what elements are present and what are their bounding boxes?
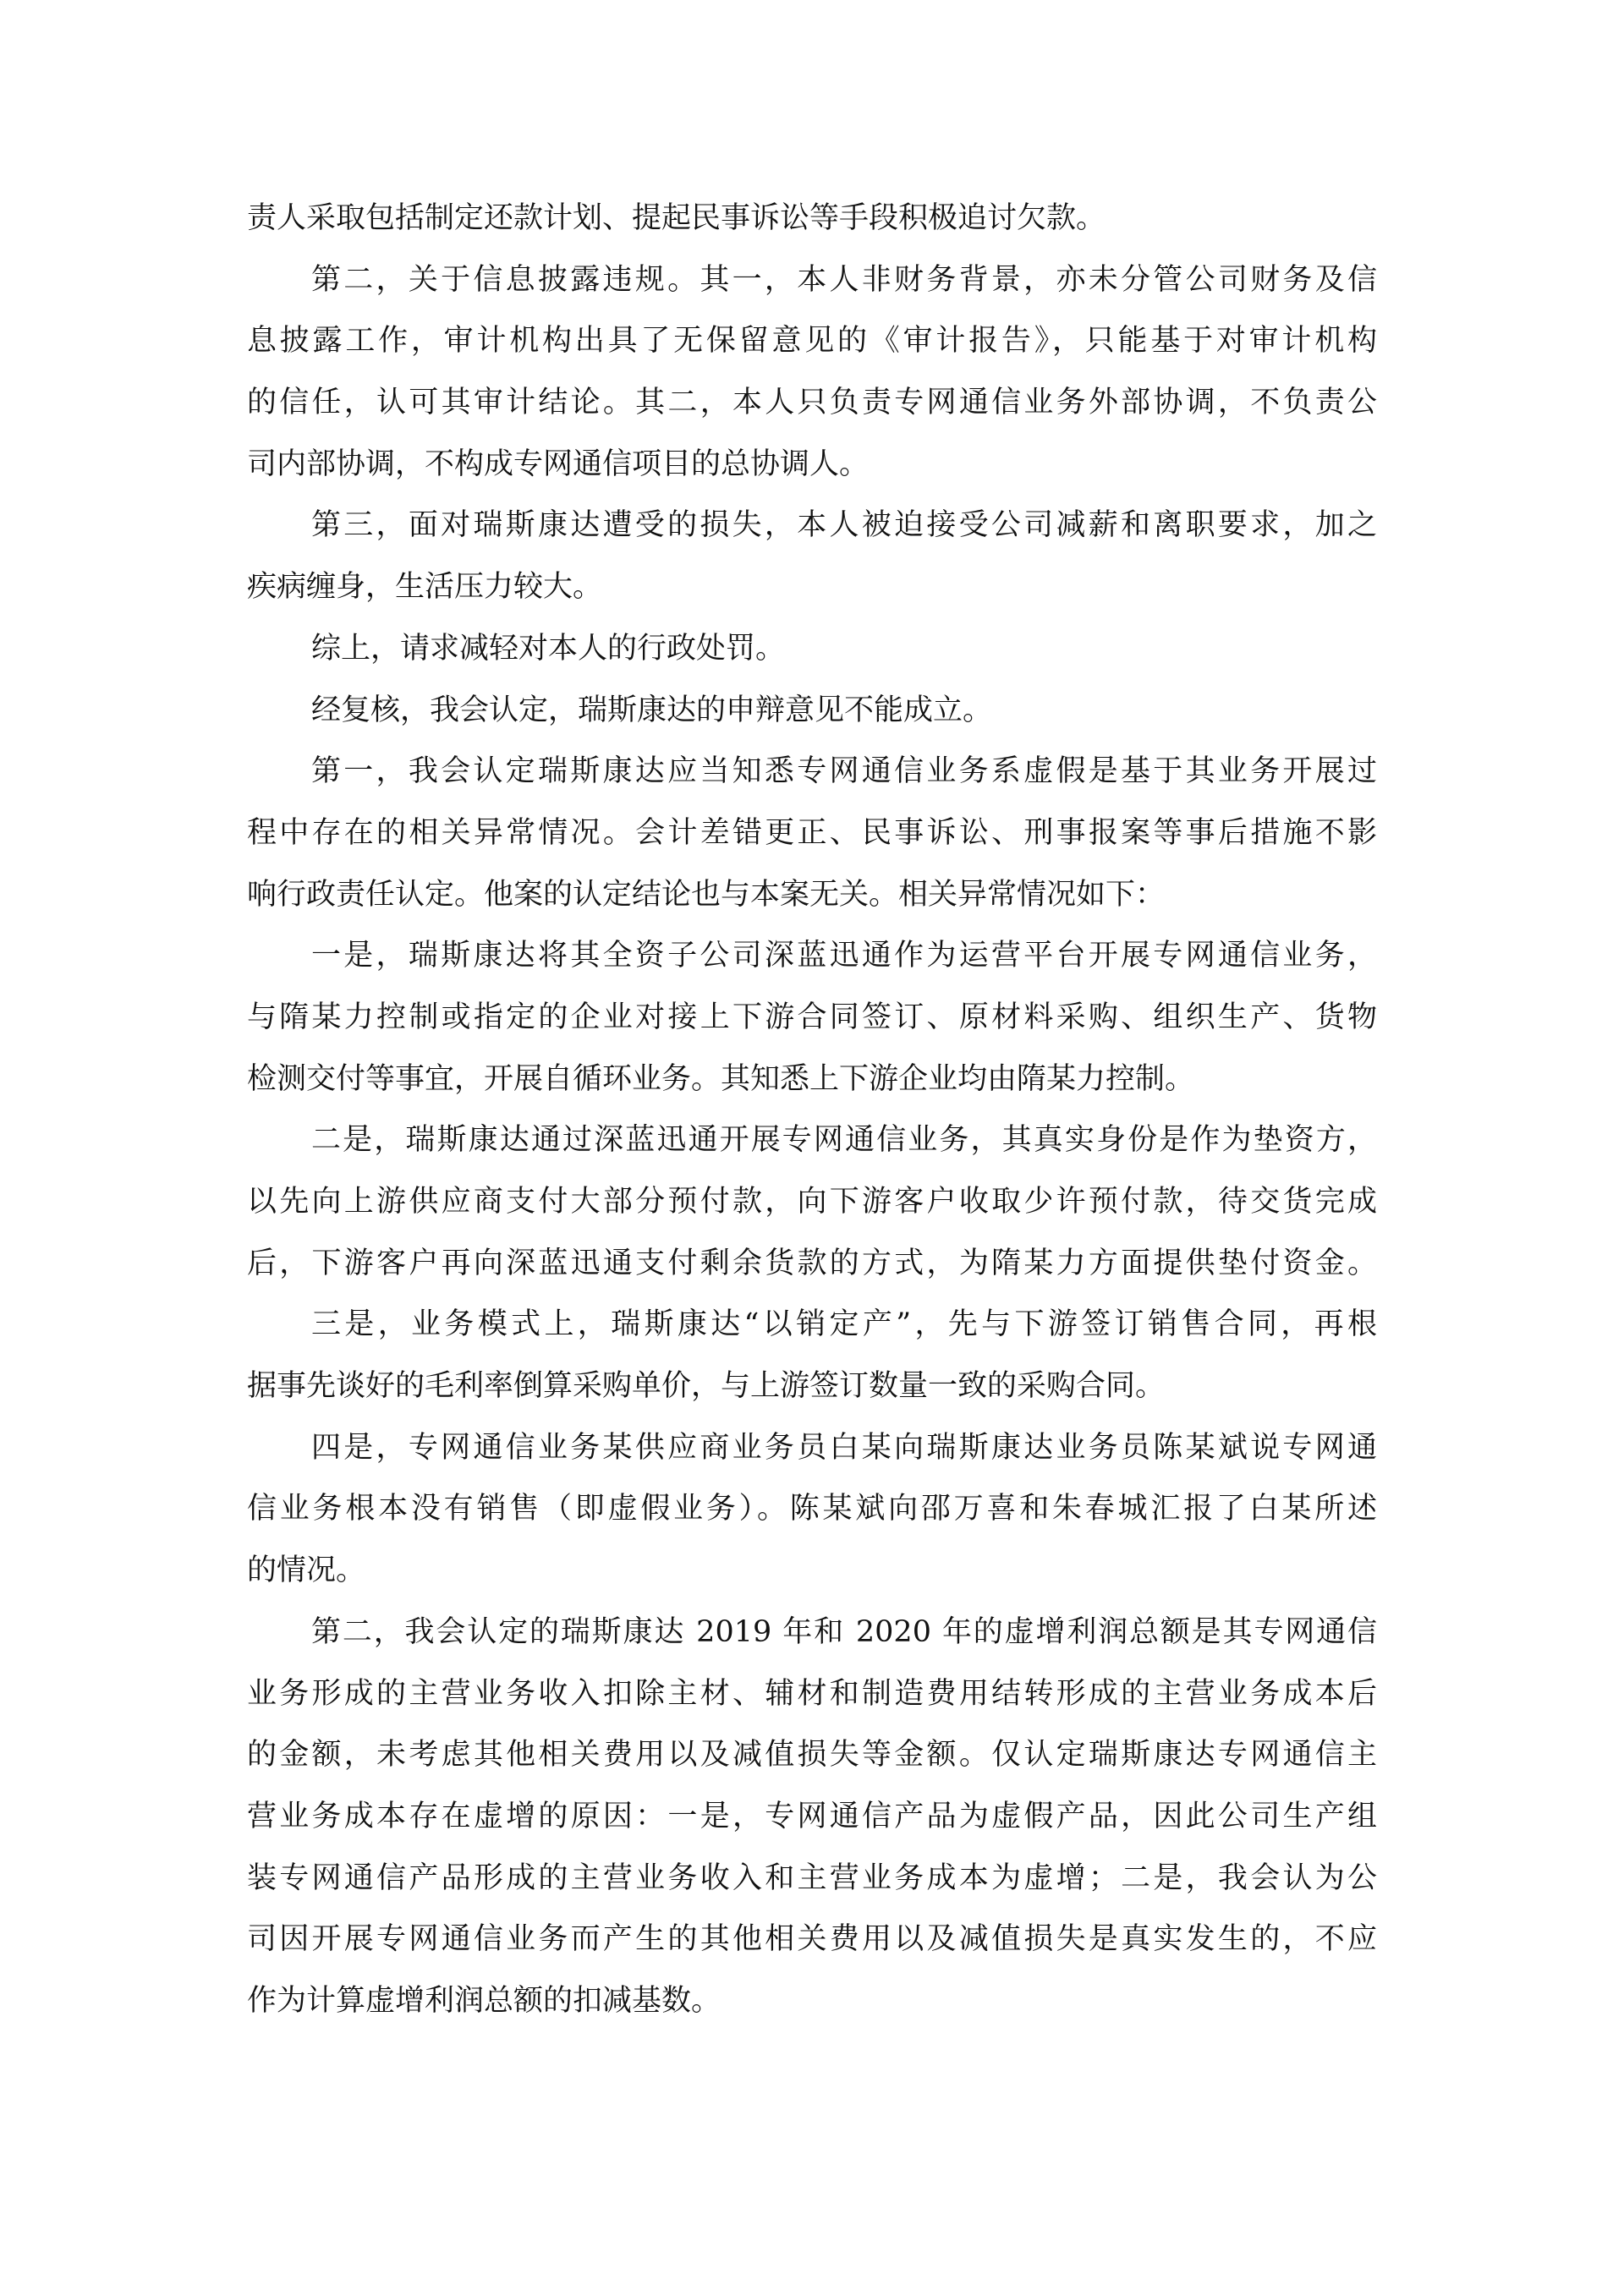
text-line: 装专网通信产品形成的主营业务收入和主营业务成本为虚增；二是，我会认为公 xyxy=(247,1848,1377,1910)
text-line: 责人采取包括制定还款计划、提起民事诉讼等手段积极追讨欠款。 xyxy=(247,188,1377,249)
text-line: 经复核，我会认定，瑞斯康达的申辩意见不能成立。 xyxy=(247,680,1377,742)
text-line: 作为计算虚增利润总额的扣减基数。 xyxy=(247,1970,1377,2032)
text-line: 疾病缠身，生活压力较大。 xyxy=(247,556,1377,618)
text-line: 司内部协调，不构成专网通信项目的总协调人。 xyxy=(247,434,1377,496)
text-line: 后，下游客户再向深蓝迅通支付剩余货款的方式，为隋某力方面提供垫付资金。 xyxy=(247,1233,1377,1295)
paragraph: 三是，业务模式上，瑞斯康达“以销定产”，先与下游签订销售合同，再根 据事先谈好的… xyxy=(247,1294,1377,1417)
text-line: 第二，我会认定的瑞斯康达 2019 年和 2020 年的虚增利润总额是其专网通信 xyxy=(247,1602,1377,1663)
paragraph: 综上，请求减轻对本人的行政处罚。 xyxy=(247,618,1377,680)
text-line: 的金额，未考虑其他相关费用以及减值损失等金额。仅认定瑞斯康达专网通信主 xyxy=(247,1724,1377,1786)
document-page: 责人采取包括制定还款计划、提起民事诉讼等手段积极追讨欠款。 第二，关于信息披露违… xyxy=(0,0,1624,2296)
text-line: 综上，请求减轻对本人的行政处罚。 xyxy=(247,618,1377,680)
text-line: 二是，瑞斯康达通过深蓝迅通开展专网通信业务，其真实身份是作为垫资方， xyxy=(247,1110,1377,1171)
text-line: 程中存在的相关异常情况。会计差错更正、民事诉讼、刑事报案等事后措施不影 xyxy=(247,803,1377,864)
paragraph: 第三，面对瑞斯康达遭受的损失，本人被迫接受公司减薪和离职要求，加之 疾病缠身，生… xyxy=(247,495,1377,617)
text-line: 业务形成的主营业务收入扣除主材、辅材和制造费用结转形成的主营业务成本后 xyxy=(247,1663,1377,1725)
paragraph: 第一，我会认定瑞斯康达应当知悉专网通信业务系虚假是基于其业务开展过 程中存在的相… xyxy=(247,741,1377,925)
text-line: 的信任，认可其审计结论。其二，本人只负责专网通信业务外部协调，不负责公 xyxy=(247,372,1377,434)
paragraph: 四是，专网通信业务某供应商业务员白某向瑞斯康达业务员陈某斌说专网通 信业务根本没… xyxy=(247,1417,1377,1602)
text-line: 四是，专网通信业务某供应商业务员白某向瑞斯康达业务员陈某斌说专网通 xyxy=(247,1417,1377,1479)
text-line: 的情况。 xyxy=(247,1540,1377,1602)
text-line: 以先向上游供应商支付大部分预付款，向下游客户收取少许预付款，待交货完成 xyxy=(247,1171,1377,1233)
text-line: 信业务根本没有销售（即虚假业务）。陈某斌向邵万喜和朱春城汇报了白某所述 xyxy=(247,1478,1377,1540)
paragraph: 第二，关于信息披露违规。其一，本人非财务背景，亦未分管公司财务及信 息披露工作，… xyxy=(247,249,1377,496)
text-line: 第一，我会认定瑞斯康达应当知悉专网通信业务系虚假是基于其业务开展过 xyxy=(247,741,1377,803)
text-line: 第二，关于信息披露违规。其一，本人非财务背景，亦未分管公司财务及信 xyxy=(247,249,1377,311)
paragraph: 经复核，我会认定，瑞斯康达的申辩意见不能成立。 xyxy=(247,680,1377,742)
document-body: 责人采取包括制定还款计划、提起民事诉讼等手段积极追讨欠款。 第二，关于信息披露违… xyxy=(247,188,1377,2032)
text-line: 与隋某力控制或指定的企业对接上下游合同签订、原材料采购、组织生产、货物 xyxy=(247,987,1377,1049)
text-line: 营业务成本存在虚增的原因：一是，专网通信产品为虚假产品，因此公司生产组 xyxy=(247,1786,1377,1848)
paragraph: 二是，瑞斯康达通过深蓝迅通开展专网通信业务，其真实身份是作为垫资方， 以先向上游… xyxy=(247,1110,1377,1294)
text-line: 司因开展专网通信业务而产生的其他相关费用以及减值损失是真实发生的，不应 xyxy=(247,1909,1377,1970)
paragraph: 责人采取包括制定还款计划、提起民事诉讼等手段积极追讨欠款。 xyxy=(247,188,1377,249)
text-line: 检测交付等事宜，开展自循环业务。其知悉上下游企业均由隋某力控制。 xyxy=(247,1049,1377,1110)
text-line: 据事先谈好的毛利率倒算采购单价，与上游签订数量一致的采购合同。 xyxy=(247,1356,1377,1417)
text-line: 响行政责任认定。他案的认定结论也与本案无关。相关异常情况如下： xyxy=(247,864,1377,926)
text-line: 一是，瑞斯康达将其全资子公司深蓝迅通作为运营平台开展专网通信业务， xyxy=(247,925,1377,987)
text-line: 息披露工作，审计机构出具了无保留意见的《审计报告》，只能基于对审计机构 xyxy=(247,310,1377,372)
text-line: 三是，业务模式上，瑞斯康达“以销定产”，先与下游签订销售合同，再根 xyxy=(247,1294,1377,1356)
text-line: 第三，面对瑞斯康达遭受的损失，本人被迫接受公司减薪和离职要求，加之 xyxy=(247,495,1377,556)
paragraph: 一是，瑞斯康达将其全资子公司深蓝迅通作为运营平台开展专网通信业务， 与隋某力控制… xyxy=(247,925,1377,1110)
paragraph: 第二，我会认定的瑞斯康达 2019 年和 2020 年的虚增利润总额是其专网通信… xyxy=(247,1602,1377,2032)
